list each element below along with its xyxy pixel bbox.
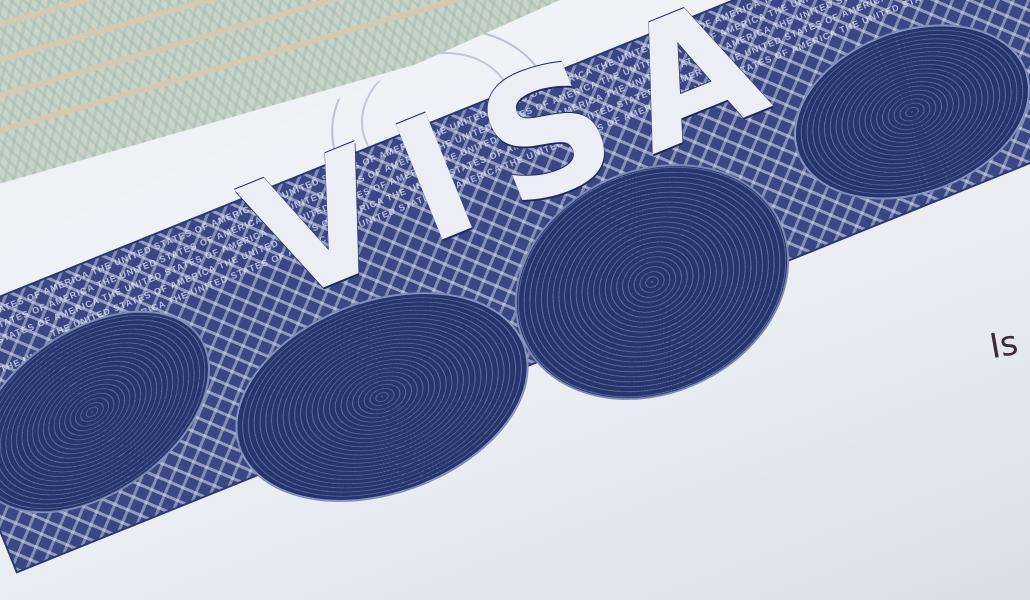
partial-text: Is [987,323,1021,367]
photo-scene: THE UNITED STATES OF AMERICA THE UNITED … [0,0,1030,600]
